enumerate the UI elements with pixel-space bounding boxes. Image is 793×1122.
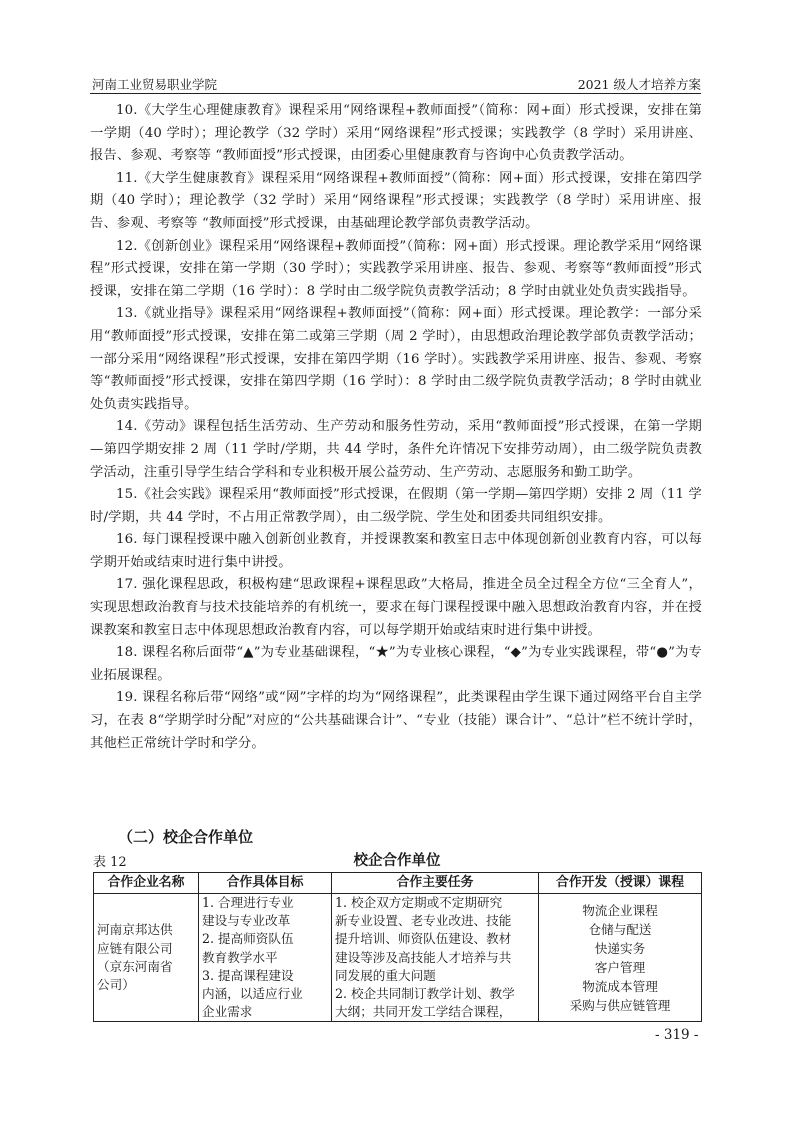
header-institution: 河南工业贸易职业学院	[92, 75, 217, 93]
course-item: 物流成本管理	[542, 977, 698, 996]
goal-line: 内涵，以适应行业	[202, 985, 328, 1003]
header-document-title: 2021 级人才培养方案	[578, 75, 701, 93]
task-line: 1. 校企双方定期或不定期研究	[335, 894, 535, 912]
running-header: 河南工业贸易职业学院 2021 级人才培养方案	[90, 73, 701, 94]
paragraph-12: 12.《创新创业》课程采用“网络课程+教师面授”（简称：网+面）形式授课。理论教…	[90, 236, 702, 304]
company-name-line: （京东河南省	[97, 958, 195, 976]
page-number: - 319 -	[655, 1027, 698, 1043]
course-item: 仓储与配送	[542, 920, 698, 939]
cell-goals: 1. 合理进行专业 建设与专业改革 2. 提高师资队伍 教育教学水平 3. 提高…	[199, 894, 332, 1022]
goal-line: 企业需求	[202, 1003, 328, 1021]
cell-company-name: 河南京邦达供 应链有限公司 （京东河南省 公司）	[94, 894, 199, 1022]
column-header-courses: 合作开发（授课）课程	[539, 873, 702, 894]
paragraph-18: 18. 课程名称后面带“▲”为专业基础课程，“★”为专业核心课程，“◆”为专业实…	[90, 642, 702, 687]
paragraph-17: 17. 强化课程思政，积极构建“思政课程+课程思政”大格局，推进全员全过程全方位…	[90, 574, 702, 642]
task-line: 建设等涉及高技能人才培养与共	[335, 949, 535, 967]
course-item: 快递实务	[542, 939, 698, 958]
goal-line: 2. 提高师资队伍	[202, 930, 328, 948]
table-title: 校企合作单位	[93, 849, 701, 870]
column-header-goals: 合作具体目标	[199, 873, 332, 894]
task-line: 大纲；共同开发工学结合课程，	[335, 1003, 535, 1021]
course-item: 采购与供应链管理	[542, 996, 698, 1015]
paragraph-16: 16. 每门课程授课中融入创新创业教育，并授课教案和教室日志中体现创新创业教育内…	[90, 529, 702, 574]
cell-courses: 物流企业课程 仓储与配送 快递实务 客户管理 物流成本管理 采购与供应链管理	[539, 894, 702, 1022]
table-row: 河南京邦达供 应链有限公司 （京东河南省 公司） 1. 合理进行专业 建设与专业…	[94, 894, 702, 1022]
paragraph-11: 11.《大学生健康教育》课程采用“网络课程+教师面授”（简称：网+面）形式授课，…	[90, 168, 702, 236]
paragraph-15: 15.《社会实践》课程采用“教师面授”形式授课，在假期（第一学期—第四学期）安排…	[90, 484, 702, 529]
paragraph-19: 19. 课程名称后带“网络”或“网”字样的均为“网络课程”，此类课程由学生课下通…	[90, 687, 702, 755]
paragraph-13: 13.《就业指导》课程采用“网络课程+教师面授”（简称：网+面）形式授课。理论教…	[90, 303, 702, 416]
paragraph-14: 14.《劳动》课程包括生活劳动、生产劳动和服务性劳动，采用“教师面授”形式授课，…	[90, 416, 702, 484]
course-item: 物流企业课程	[542, 901, 698, 920]
cell-tasks: 1. 校企双方定期或不定期研究 新专业设置、老专业改进、技能 提升培训、师资队伍…	[332, 894, 539, 1022]
section-heading: （二）校企合作单位	[118, 826, 253, 847]
company-name-line: 河南京邦达供	[97, 921, 195, 939]
goal-line: 3. 提高课程建设	[202, 967, 328, 985]
task-line: 同发展的重大问题	[335, 967, 535, 985]
paragraph-10: 10.《大学生心理健康教育》课程采用“网络课程+教师面授”（简称：网+面）形式授…	[90, 100, 702, 168]
body-text: 10.《大学生心理健康教育》课程采用“网络课程+教师面授”（简称：网+面）形式授…	[90, 100, 702, 755]
cooperation-table: 合作企业名称 合作具体目标 合作主要任务 合作开发（授课）课程 河南京邦达供 应…	[93, 872, 702, 1022]
company-name-line: 应链有限公司	[97, 940, 195, 958]
column-header-tasks: 合作主要任务	[332, 873, 539, 894]
table-header-row: 合作企业名称 合作具体目标 合作主要任务 合作开发（授课）课程	[94, 873, 702, 894]
course-item: 客户管理	[542, 958, 698, 977]
task-line: 新专业设置、老专业改进、技能	[335, 912, 535, 930]
task-line: 提升培训、师资队伍建设、教材	[335, 930, 535, 948]
company-name-line: 公司）	[97, 976, 195, 994]
task-line: 2. 校企共同制订教学计划、教学	[335, 985, 535, 1003]
goal-line: 建设与专业改革	[202, 912, 328, 930]
column-header-company: 合作企业名称	[94, 873, 199, 894]
goal-line: 教育教学水平	[202, 949, 328, 967]
goal-line: 1. 合理进行专业	[202, 894, 328, 912]
